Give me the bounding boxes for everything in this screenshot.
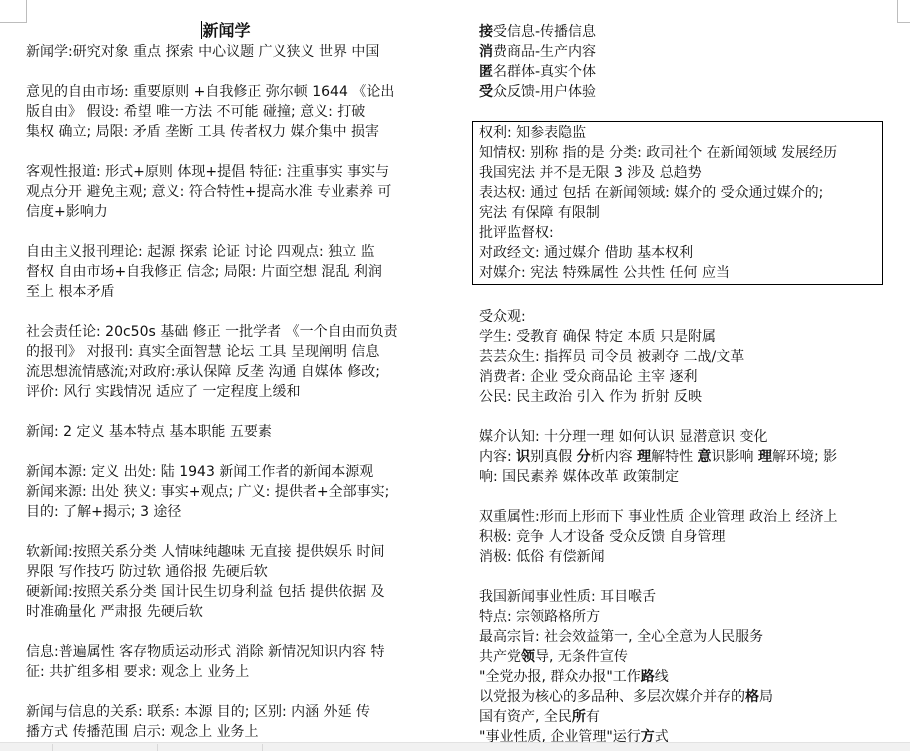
margin-mark-top-right xyxy=(897,0,898,22)
margin-mark-top-left xyxy=(26,0,27,22)
paragraph-information[interactable]: 信息:普遍属性 客存物质运动形式 消除 新情况知识内容 特 征: 共扩组多相 要… xyxy=(26,642,426,682)
paragraph-news-info-relation[interactable]: 新闻与信息的关系: 联系: 本源 目的; 区别: 内涵 外延 传 播方式 传播范… xyxy=(26,702,426,742)
paragraph-journalism-definition[interactable]: 新闻学:研究对象 重点 探索 中心议题 广义狭义 世界 中国 xyxy=(26,42,426,62)
right-column[interactable]: 接受信息-传播信息 消费商品-生产内容 匿名群体-真实个体 受众反馈-用户体验 xyxy=(479,22,884,102)
status-divider xyxy=(157,744,158,751)
right-column-lower[interactable]: 受众观: 学生: 受教育 确保 特定 本质 只是附属 芸芸众生: 指挥员 司令员… xyxy=(479,307,884,747)
paragraph-libertarian-theory[interactable]: 自由主义报刊理论: 起源 探索 论证 讨论 四观点: 独立 监 督权 自由市场+… xyxy=(26,242,426,302)
rights-box-content[interactable]: 权利: 知参表隐监 知情权: 别称 指的是 分类: 政司社个 在新闻领域 发展经… xyxy=(479,123,837,283)
paragraph-media-literacy[interactable]: 媒介认知: 十分理一理 如何认识 显潜意识 变化 内容: 识别真假 分析内容 理… xyxy=(479,427,884,487)
paragraph-china-news-nature[interactable]: 我国新闻事业性质: 耳目喉舌 特点: 宗领路格所方 最高宗旨: 社会效益第一, … xyxy=(479,587,884,747)
document-title[interactable]: 新闻学 xyxy=(26,20,426,42)
paragraph-social-responsibility[interactable]: 社会责任论: 20c50s 基础 修正 一批学者 《一个自由而负责 的报刊》 对… xyxy=(26,322,426,402)
paragraph-pairs[interactable]: 接受信息-传播信息 消费商品-生产内容 匿名群体-真实个体 受众反馈-用户体验 xyxy=(479,22,884,102)
paragraph-objective-reporting[interactable]: 客观性报道: 形式+原则 体现+提倡 特征: 注重事实 事实与 观点分开 避免主… xyxy=(26,162,426,222)
status-bar xyxy=(0,742,910,751)
paragraph-news-origin-source[interactable]: 新闻本源: 定义 出处: 陆 1943 新闻工作者的新闻本源观 新闻来源: 出处… xyxy=(26,462,426,522)
paragraph-free-market-of-ideas[interactable]: 意见的自由市场: 重要原则 +自我修正 弥尔顿 1644 《论出 版自由》 假设… xyxy=(26,82,426,142)
document-page[interactable]: 新闻学 新闻学:研究对象 重点 探索 中心议题 广义狭义 世界 中国 意见的自由… xyxy=(0,0,910,742)
paragraph-audience-views[interactable]: 受众观: 学生: 受教育 确保 特定 本质 只是附属 芸芸众生: 指挥员 司令员… xyxy=(479,307,884,407)
paragraph-news[interactable]: 新闻: 2 定义 基本特点 基本职能 五要素 xyxy=(26,422,426,442)
margin-mark-top-right-h xyxy=(897,22,910,23)
left-column[interactable]: 新闻学 新闻学:研究对象 重点 探索 中心议题 广义狭义 世界 中国 意见的自由… xyxy=(26,20,426,742)
paragraph-soft-hard-news[interactable]: 软新闻:按照关系分类 人情味纯趣味 无直接 提供娱乐 时间 界限 写作技巧 防过… xyxy=(26,542,426,622)
margin-mark-top-left-h xyxy=(0,22,27,23)
paragraph-dual-nature[interactable]: 双重属性:形而上形而下 事业性质 企业管理 政治上 经济上 积极: 竞争 人才设… xyxy=(479,507,884,567)
status-divider xyxy=(262,744,263,751)
status-divider xyxy=(52,744,53,751)
